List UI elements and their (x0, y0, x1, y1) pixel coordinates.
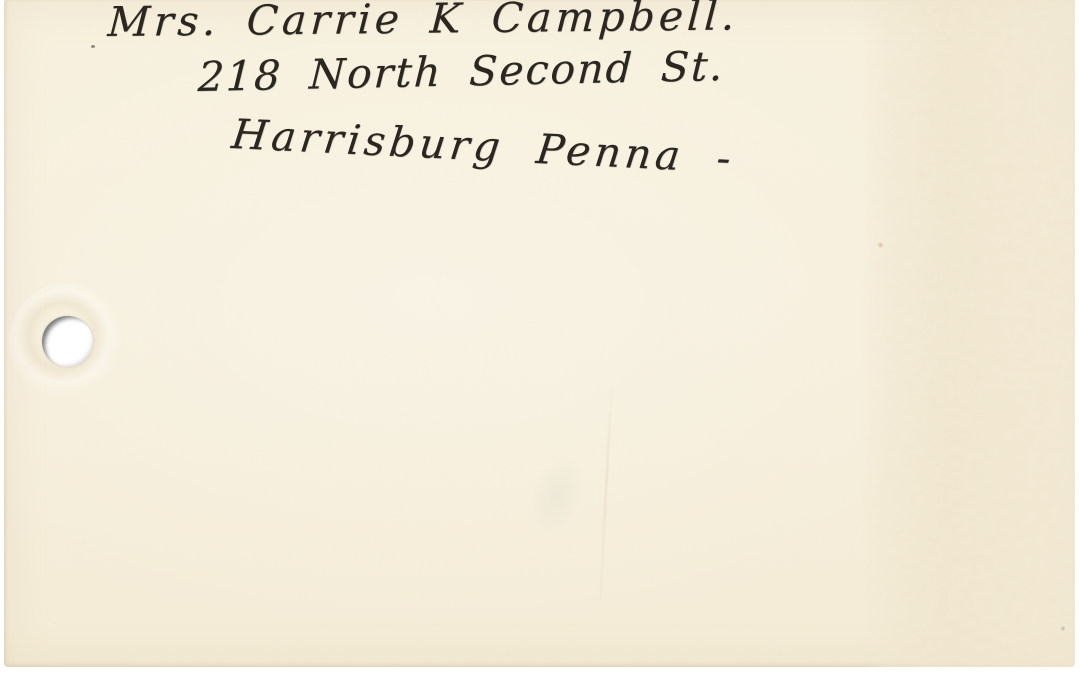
paper-sheet: Mrs. Carrie K Campbell. 218 North Second… (4, 0, 1075, 667)
handwriting-line-street: 218 North Second St. (197, 42, 726, 101)
handwritten-address-block: Mrs. Carrie K Campbell. 218 North Second… (4, 0, 1075, 667)
scan-background: Mrs. Carrie K Campbell. 218 North Second… (0, 0, 1080, 675)
handwriting-line-city-state: Harrisburg Penna - (229, 110, 737, 182)
handwriting-line-name: Mrs. Carrie K Campbell. (107, 0, 740, 46)
